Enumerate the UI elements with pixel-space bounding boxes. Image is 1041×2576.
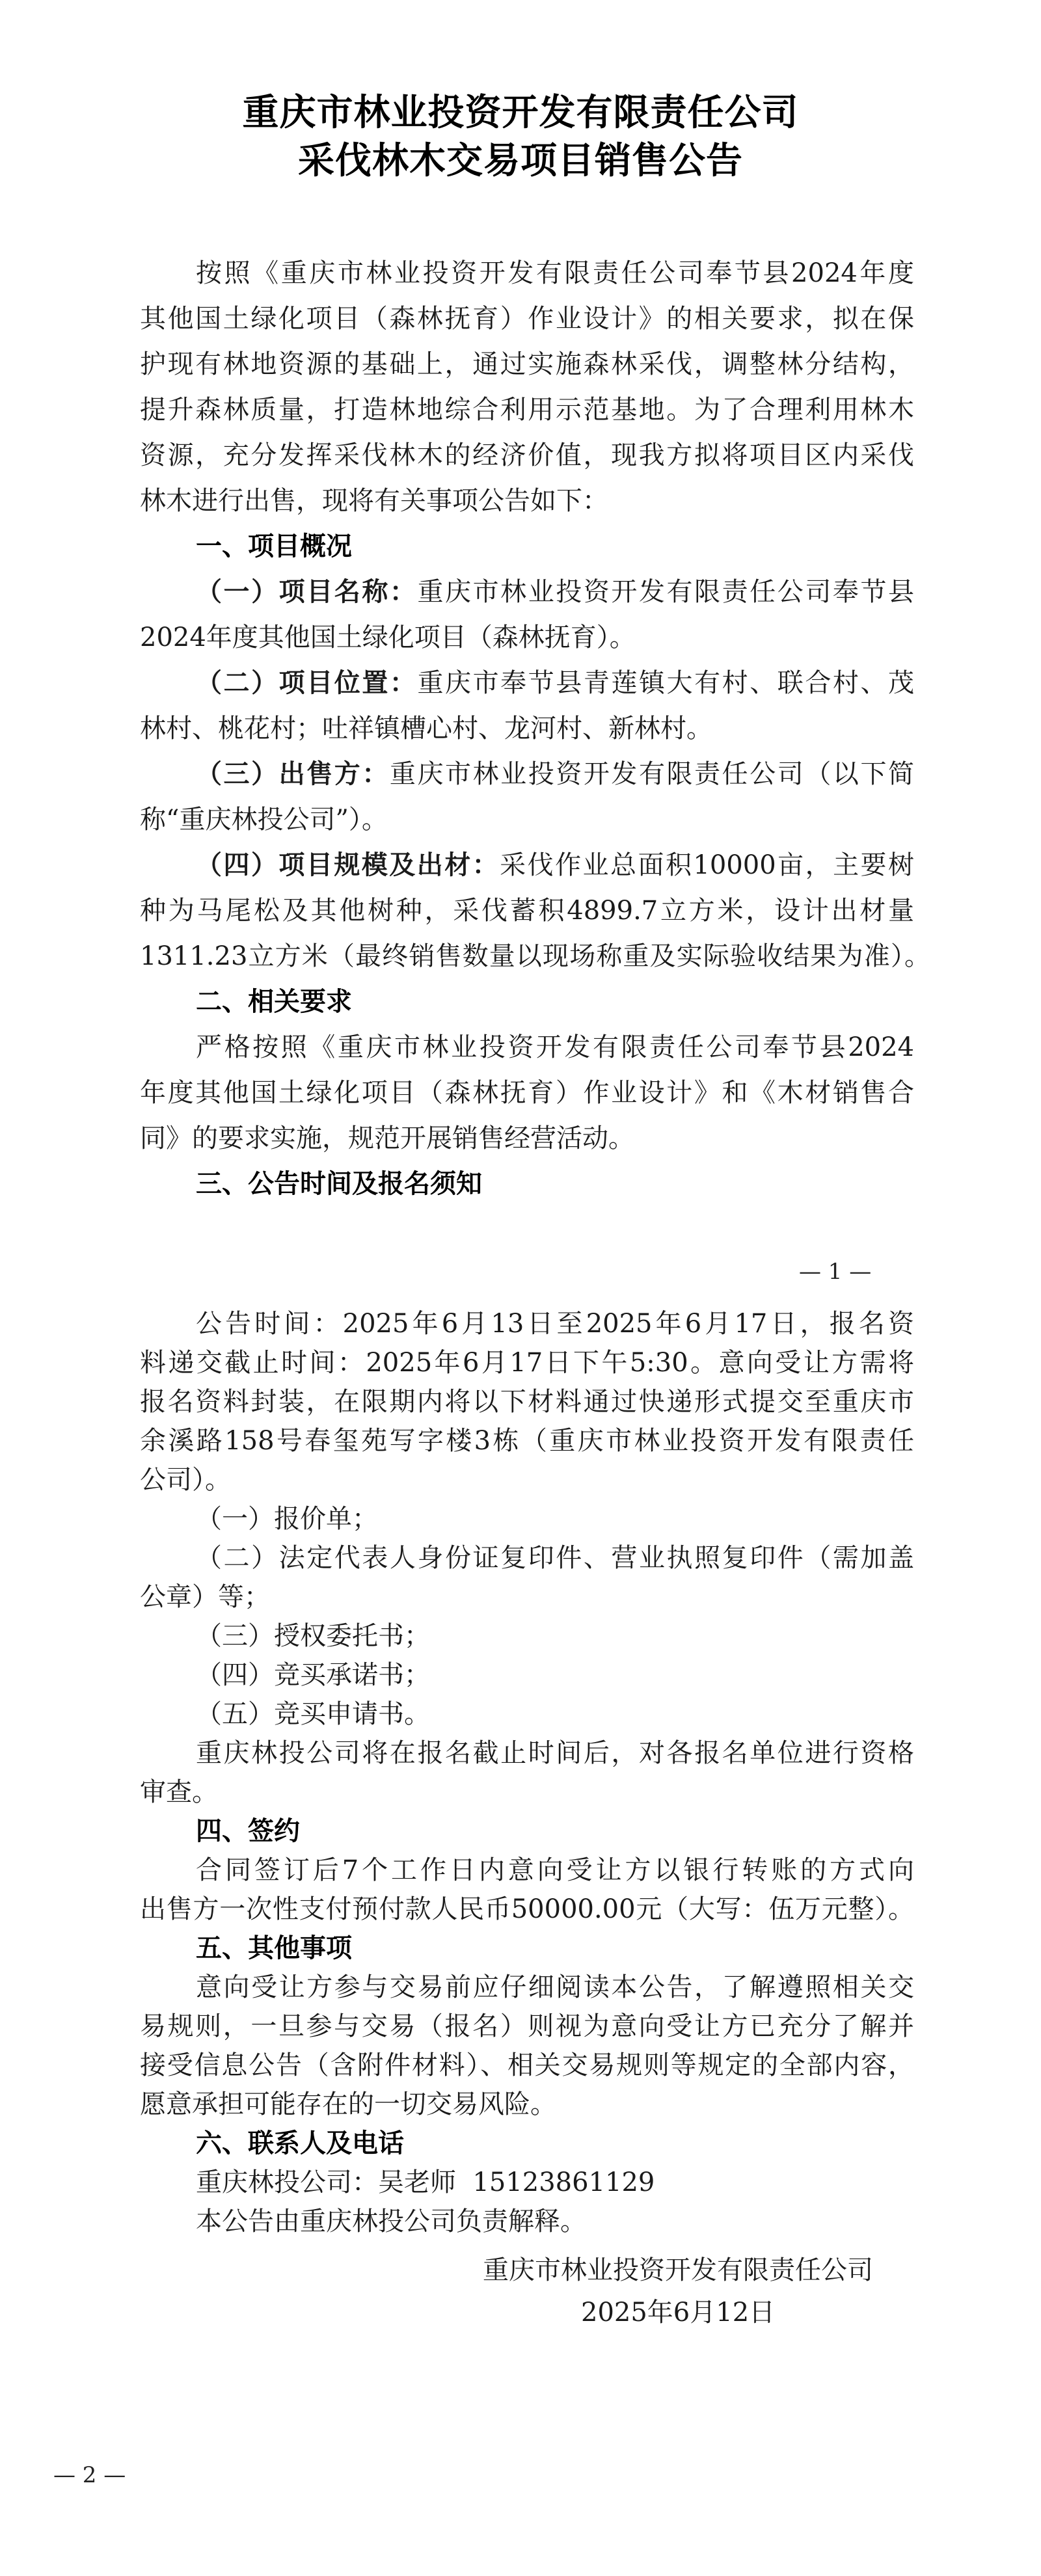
intro-line: 资源，充分发挥采伐林木的经济价值，现我方拟将项目区内采伐	[140, 439, 914, 472]
item-line: 林村、桃花村；吐祥镇槽心村、龙河村、新林村。	[140, 712, 914, 745]
announcement-line: 料递交截止时间：2025年6月17日下午5:30。意向受让方需将	[140, 1347, 914, 1379]
interpretation-note: 本公告由重庆林投公司负责解释。	[196, 2205, 914, 2238]
section-heading-overview: 一、项目概况	[196, 530, 352, 563]
item-scale-output: （四）项目规模及出材：采伐作业总面积10000亩，主要树	[196, 849, 914, 881]
intro-line: 按照《重庆市林业投资开发有限责任公司奉节县2024年度	[196, 257, 914, 289]
signature-date: 2025年6月12日	[581, 2296, 775, 2329]
item-label: （三）出售方：	[196, 759, 390, 789]
requirements-line: 严格按照《重庆市林业投资开发有限责任公司奉节县2024	[196, 1031, 914, 1064]
material-item: （二）法定代表人身份证复印件、营业执照复印件（需加盖	[196, 1542, 914, 1574]
material-item: （四）竞买承诺书；	[196, 1659, 914, 1691]
announcement-line: 公告时间：2025年6月13日至2025年6月17日，报名资	[196, 1308, 914, 1340]
announcement-line: 报名资料封装，在限期内将以下材料通过快递形式提交至重庆市	[140, 1386, 914, 1418]
intro-line: 其他国土绿化项目（森林抚育）作业设计》的相关要求，拟在保	[140, 302, 914, 335]
signing-line: 出售方一次性支付预付款人民币50000.00元（大写：伍万元整）。	[140, 1893, 914, 1925]
page-number-2: — 2 —	[53, 2462, 126, 2488]
review-line: 重庆林投公司将在报名截止时间后，对各报名单位进行资格	[196, 1737, 914, 1769]
material-item: （一）报价单；	[196, 1503, 914, 1535]
requirements-line: 年度其他国土绿化项目（森林抚育）作业设计》和《木材销售合	[140, 1077, 914, 1109]
section-heading-other-matters: 五、其他事项	[196, 1932, 352, 1965]
requirements-line: 同》的要求实施，规范开展销售经营活动。	[140, 1122, 914, 1155]
section-heading-contact: 六、联系人及电话	[196, 2127, 404, 2160]
signing-line: 合同签订后7个工作日内意向受让方以银行转账的方式向	[196, 1854, 914, 1886]
page-number-1: — 1 —	[799, 1259, 871, 1285]
section-heading-requirements: 二、相关要求	[196, 986, 352, 1018]
intro-line: 提升森林质量，打造林地综合利用示范基地。为了合理利用林木	[140, 394, 914, 426]
intro-line: 林木进行出售，现将有关事项公告如下：	[140, 485, 914, 517]
other-matters-line: 易规则，一旦参与交易（报名）则视为意向受让方已充分了解并	[140, 2010, 914, 2043]
item-project-name: （一）项目名称：重庆市林业投资开发有限责任公司奉节县	[196, 576, 914, 608]
item-line: 种为马尾松及其他树种，采伐蓄积4899.7立方米，设计出材量	[140, 894, 914, 927]
review-line: 审查。	[140, 1776, 914, 1808]
item-line: 称“重庆林投公司”）。	[140, 803, 914, 836]
item-label: （二）项目位置：	[196, 668, 417, 698]
section-heading-signing: 四、签约	[196, 1815, 300, 1847]
item-label: （一）项目名称：	[196, 577, 417, 607]
title-line-2: 采伐林木交易项目销售公告	[0, 137, 1041, 186]
item-seller: （三）出售方：重庆市林业投资开发有限责任公司（以下简	[196, 758, 914, 790]
material-item: （三）授权委托书；	[196, 1620, 914, 1652]
intro-line: 护现有林地资源的基础上，通过实施森林采伐，调整林分结构，	[140, 348, 914, 381]
section-heading-announcement-time: 三、公告时间及报名须知	[196, 1168, 482, 1200]
material-item: （五）竞买申请书。	[196, 1698, 914, 1730]
item-label: （四）项目规模及出材：	[196, 850, 500, 880]
item-line: 2024年度其他国土绿化项目（森林抚育）。	[140, 621, 914, 654]
item-project-location: （二）项目位置：重庆市奉节县青莲镇大有村、联合村、茂	[196, 667, 914, 699]
announcement-line: 余溪路158号春玺苑写字楼3栋（重庆市林业投资开发有限责任	[140, 1425, 914, 1457]
material-item-cont: 公章）等；	[140, 1581, 914, 1613]
other-matters-line: 愿意承担可能存在的一切交易风险。	[140, 2088, 914, 2121]
other-matters-line: 接受信息公告（含附件材料）、相关交易规则等规定的全部内容，	[140, 2049, 914, 2082]
announcement-line: 公司）。	[140, 1464, 914, 1496]
item-line: 1311.23立方米（最终销售数量以现场称重及实际验收结果为准）。	[140, 940, 930, 973]
title-line-1: 重庆市林业投资开发有限责任公司	[0, 88, 1041, 138]
contact-info: 重庆林投公司：吴老师 15123861129	[196, 2166, 914, 2199]
signature-org: 重庆市林业投资开发有限责任公司	[483, 2254, 873, 2287]
other-matters-line: 意向受让方参与交易前应仔细阅读本公告，了解遵照相关交	[196, 1971, 914, 2004]
